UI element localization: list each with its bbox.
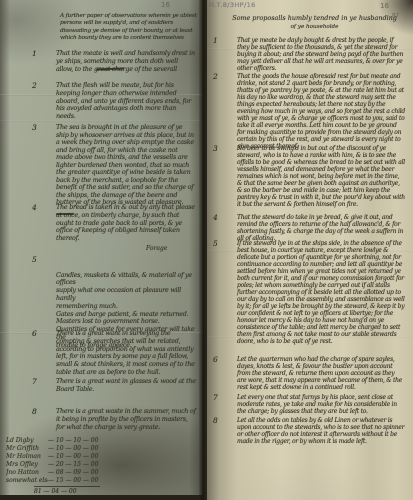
right-heading-line2: of ye householde xyxy=(232,24,397,30)
item-number: 7 xyxy=(213,394,218,401)
item-text: The bread is taken in & out by any that … xyxy=(56,204,196,243)
manuscript-item: 3 No beer to be swing'd in but out of th… xyxy=(237,145,405,208)
item-number: 1 xyxy=(32,50,37,58)
ink-strikeout xyxy=(56,213,74,215)
archive-reference: H.T.8/3HP/16 xyxy=(209,1,256,9)
manuscript-item: 2 That the goods the house aforesaid res… xyxy=(237,73,405,150)
manuscript-item: 7 There is a great want in glasses & woo… xyxy=(56,378,196,394)
forage-label: Forage xyxy=(146,245,167,252)
account-row: Mr Griffith — 10 — 00 — 00 xyxy=(6,445,126,453)
manuscript-item: 3 The sea is brought in at the pleasure … xyxy=(56,124,196,207)
item-number: 5 xyxy=(213,240,218,247)
item-text: That the goods the house aforesaid rest … xyxy=(237,73,405,150)
item-number: 8 xyxy=(32,408,37,416)
item-number: 1 xyxy=(213,37,218,44)
left-heading-text: A further paper of observations wherein … xyxy=(60,13,198,42)
manuscript-item: 1 That the meate is well and handsomly d… xyxy=(56,50,196,73)
item-text: If the steward lye in at the ships side,… xyxy=(237,240,405,345)
manuscript-item: 8 There is a great waste in the summer, … xyxy=(56,408,196,431)
left-heading: A further paper of observations wherein … xyxy=(60,13,198,42)
item-text: The sea is brought in at the pleasure of… xyxy=(56,124,196,207)
item-number: 4 xyxy=(213,214,218,221)
item-text: There is a great waste in the summer, mu… xyxy=(56,408,196,431)
manuscript-item: 6 There is a great want in surveying the… xyxy=(56,330,196,377)
manuscript-item: 4 That the steward do take in ye bread, … xyxy=(237,214,405,242)
account-label: Mr Holman xyxy=(6,453,48,461)
right-folio-number: 16 xyxy=(380,2,389,10)
account-label: Ld Digby xyxy=(6,437,48,445)
item-number: 5 xyxy=(32,256,37,264)
manuscript-photo: 16 A further paper of observations where… xyxy=(0,0,413,500)
account-row: Ld Digby — 10 — 10 — 00 xyxy=(6,437,126,445)
account-amount: — 10 — 00 — 00 xyxy=(48,445,126,453)
account-label: Mr Griffith xyxy=(6,445,48,453)
item-text: Let every one that stat furnys by his pl… xyxy=(237,394,405,415)
account-row: Mrs Offley — 20 — 15 — 00 xyxy=(6,461,126,469)
left-folio-number: 16 xyxy=(161,1,170,9)
account-amount: — 10 — 10 — 00 xyxy=(48,437,126,445)
manuscript-item: 7 Let every one that stat furnys by his … xyxy=(237,394,405,415)
manuscript-item: 4 The bread is taken in & out by any tha… xyxy=(56,204,196,243)
item-number: 4 xyxy=(32,204,37,212)
account-label: somewhat else xyxy=(6,477,48,485)
account-row: Mr Holman — 10 — 00 — 00 xyxy=(6,453,126,461)
item-text: There is a great want in surveying the c… xyxy=(56,330,196,377)
manuscript-item: 6 Let the quarterman who had the charge … xyxy=(237,356,405,391)
left-page: 16 A further paper of observations where… xyxy=(0,0,203,495)
manuscript-item: 5 If the steward lye in at the ships sid… xyxy=(237,240,405,345)
item-text: No beer to be swing'd in but out of the … xyxy=(237,145,405,208)
item-number: 3 xyxy=(213,145,218,152)
item-text: That the steward do take in ye bread, & … xyxy=(237,214,405,242)
manuscript-item: 8 Let all the odds on tables by & old Li… xyxy=(237,417,405,445)
account-amount: — 15 — 00 — 00 xyxy=(48,477,126,485)
right-heading-line1: Some proposalls humbly tendred in ye hus… xyxy=(232,14,397,22)
account-amount: — 08 — 09 — 00 xyxy=(48,469,126,477)
item-text: That ye meate be dayly bought & drest by… xyxy=(237,37,405,72)
item-text: That the meate is well and handsomly dre… xyxy=(56,50,196,73)
item-number: 6 xyxy=(213,356,218,363)
item-number: 6 xyxy=(32,330,37,338)
item-number: 2 xyxy=(32,82,37,90)
account-table: Ld Digby — 10 — 10 — 00 Mr Griffith — 10… xyxy=(6,437,126,496)
item-number: 7 xyxy=(32,378,37,386)
account-amount: — 20 — 15 — 00 xyxy=(48,461,126,469)
item-text: There is a great want in glasses & wood … xyxy=(56,378,196,394)
item-text: Let the quarterman who had the charge of… xyxy=(237,356,405,391)
right-page: H.T.8/3HP/16 16 87 Some proposalls humbl… xyxy=(207,0,413,500)
manuscript-item: 1 That ye meate be dayly bought & drest … xyxy=(237,37,405,72)
item-number: 3 xyxy=(32,124,37,132)
item-text: Let all the odds on tables by & old Line… xyxy=(237,417,405,445)
account-amount: — 10 — 00 — 00 xyxy=(48,453,126,461)
account-row: Jno Hatton — 08 — 09 — 00 xyxy=(6,469,126,477)
item-number: 8 xyxy=(213,417,218,424)
account-total: 81 — 04 — 00 xyxy=(34,486,100,496)
item-number: 2 xyxy=(213,73,218,80)
item-text: That the flesh will be meate, but for hi… xyxy=(56,82,196,121)
account-label: Mrs Offley xyxy=(6,461,48,469)
account-label: Jno Hatton xyxy=(6,469,48,477)
manuscript-item: 2 That the flesh will be meate, but for … xyxy=(56,82,196,121)
account-row: somewhat else — 15 — 00 — 00 xyxy=(6,477,126,485)
